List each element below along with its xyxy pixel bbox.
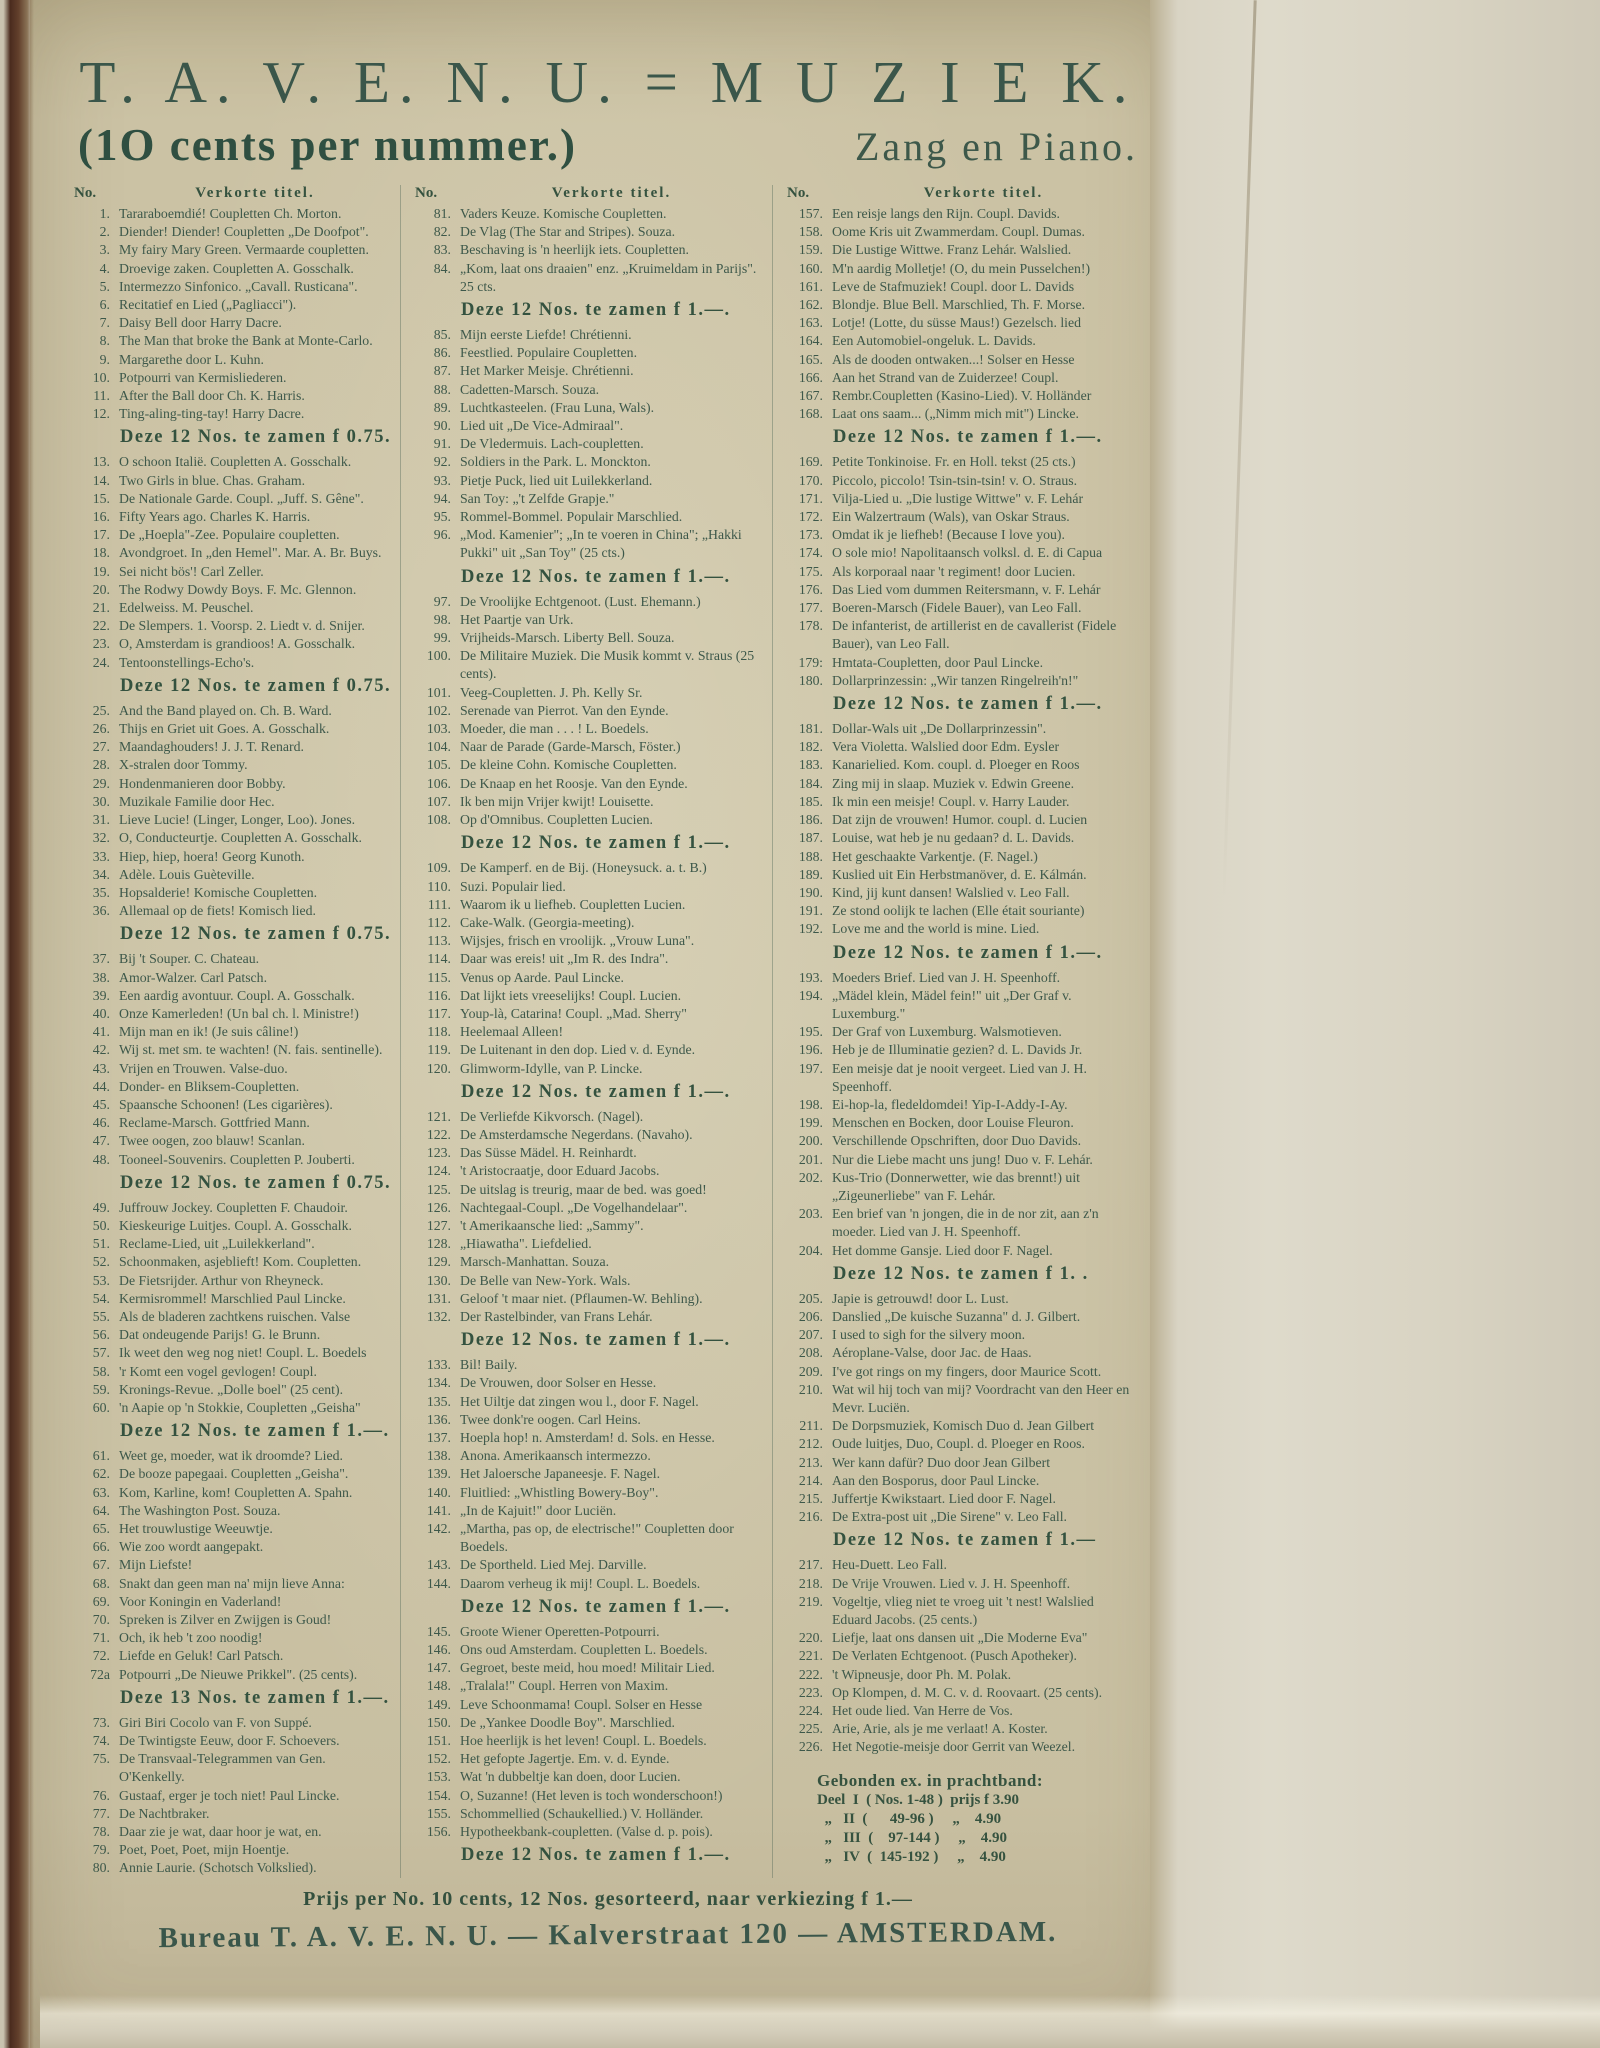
item-number: 157. [787,205,832,223]
item-number: 53. [74,1272,119,1290]
item-title: Nachtegaal-Coupl. „De Vogelhandelaar". [460,1199,764,1217]
item-number: 60. [74,1399,119,1417]
item-title: Sei nicht bös'! Carl Zeller. [119,563,392,581]
catalog-item: 49.Juffrouw Jockey. Coupletten F. Chaudo… [74,1199,392,1217]
item-number: 118. [415,1023,460,1041]
item-title: Adèle. Louis Guèteville. [119,866,392,884]
item-number: 144. [415,1575,460,1593]
catalog-item: 31.Lieve Lucie! (Linger, Longer, Loo). J… [74,811,392,829]
item-title: Vrijheids-Marsch. Liberty Bell. Souza. [460,629,764,647]
catalog-item: 74.De Twintigste Eeuw, door F. Schoevers… [74,1732,392,1750]
group-price-line: Deze 12 Nos. te zamen f 1.—. [461,300,764,321]
catalog-item: 133.Bil! Baily. [415,1356,764,1374]
item-number: 117. [415,1005,460,1023]
item-title: Moeders Brief. Lied van J. H. Speenhoff. [832,969,1136,987]
item-number: 86. [415,344,460,362]
item-title: Blondje. Blue Bell. Marschlied, Th. F. M… [832,296,1136,314]
column-header: No.Verkorte titel. [415,185,764,202]
item-number: 226. [787,1738,832,1756]
group-price-line: Deze 12 Nos. te zamen f 1.—. [833,943,1136,964]
catalog-item: 25.And the Band played on. Ch. B. Ward. [74,702,392,720]
catalog-item: 190.Kind, jij kunt dansen! Walslied v. L… [787,884,1136,902]
item-number: 24. [74,654,119,672]
item-title: Margarethe door L. Kuhn. [119,351,392,369]
item-title: De Vroolijke Echtgenoot. (Lust. Ehemann.… [460,593,764,611]
catalog-item: 56.Dat ondeugende Parijs! G. le Brunn. [74,1326,392,1344]
catalog-item: 82.De Vlag (The Star and Stripes). Souza… [415,223,764,241]
catalog-item: 40.Onze Kamerleden! (Un bal ch. l. Minis… [74,1005,392,1023]
item-number: 120. [415,1060,460,1078]
item-title: Hopsalderie! Komische Coupletten. [119,884,392,902]
catalog-item: 137.Hoepla hop! n. Amsterdam! d. Sols. e… [415,1429,764,1447]
catalog-item: 39.Een aardig avontuur. Coupl. A. Gossch… [74,987,392,1005]
item-title: Reclame-Lied, uit „Luilekkerland". [119,1235,392,1253]
catalog-item: 139.Het Jaloersche Japaneesje. F. Nagel. [415,1465,764,1483]
catalog-item: 191.Ze stond oolijk te lachen (Elle étai… [787,902,1136,920]
item-number: 130. [415,1272,460,1290]
catalog-item: 71.Och, ik heb 't zoo noodig! [74,1629,392,1647]
item-title: After the Ball door Ch. K. Harris. [119,387,392,405]
catalog-item: 93.Pietje Puck, lied uit Luilekkerland. [415,472,764,490]
item-title: Het oude lied. Van Herre de Vos. [832,1702,1136,1720]
group-price-line: Deze 12 Nos. te zamen f 1.—. [461,833,764,854]
catalog-item: 169.Petite Tonkinoise. Fr. en Holl. teks… [787,453,1136,471]
item-title: Gustaaf, erger je toch niet! Paul Lincke… [119,1787,392,1805]
item-number: 133. [415,1356,460,1374]
item-title: De Dorpsmuziek, Komisch Duo d. Jean Gilb… [832,1417,1136,1435]
item-number: 159. [787,241,832,259]
item-number: 21. [74,599,119,617]
item-title: Naar de Parade (Garde-Marsch, Föster.) [460,738,764,756]
catalog-item: 151.Hoe heerlijk is het leven! Coupl. L.… [415,1732,764,1750]
item-title: Verschillende Opschriften, door Duo Davi… [832,1132,1136,1150]
item-number: 42. [74,1041,119,1059]
item-number: 89. [415,399,460,417]
item-title: Voor Koningin en Vaderland! [119,1593,392,1611]
item-title: Hmtata-Coupletten, door Paul Lincke. [832,654,1136,672]
catalog-item: 67.Mijn Liefste! [74,1556,392,1574]
item-title: O schoon Italië. Coupletten A. Gosschalk… [119,453,392,471]
catalog-item: 154.O, Suzanne! (Het leven is toch wonde… [415,1787,764,1805]
catalog-item: 146.Ons oud Amsterdam. Coupletten L. Boe… [415,1641,764,1659]
item-number: 223. [787,1684,832,1702]
item-number: 102. [415,702,460,720]
item-number: 105. [415,756,460,774]
catalog-item: 136.Twee donk're oogen. Carl Heins. [415,1411,764,1429]
catalog-item: 223.Op Klompen, d. M. C. v. d. Roovaart.… [787,1684,1136,1702]
catalog-item: 202.Kus-Trio (Donnerwetter, wie das bren… [787,1169,1136,1205]
item-number: 213. [787,1454,832,1472]
catalog-item: 20.The Rodwy Dowdy Boys. F. Mc. Glennon. [74,581,392,599]
item-number: 175. [787,563,832,581]
item-number: 195. [787,1023,832,1041]
catalog-item: 134.De Vrouwen, door Solser en Hesse. [415,1374,764,1392]
catalog-item: 65.Het trouwlustige Weeuwtje. [74,1520,392,1538]
item-number: 9. [74,351,119,369]
item-number: 150. [415,1714,460,1732]
catalog-item: 187.Louise, wat heb je nu gedaan? d. L. … [787,829,1136,847]
catalog-item: 220.Liefje, laat ons dansen uit „Die Mod… [787,1629,1136,1647]
item-number: 170. [787,472,832,490]
item-number: 108. [415,811,460,829]
item-number: 30. [74,793,119,811]
item-title: Kom, Karline, kom! Coupletten A. Spahn. [119,1484,392,1502]
item-number: 107. [415,793,460,811]
item-number: 194. [787,987,832,1023]
item-number: 15. [74,490,119,508]
item-number: 155. [415,1805,460,1823]
item-title: Fluitlied: „Whistling Bowery-Boy". [460,1484,764,1502]
item-title: 't Wipneusje, door Ph. M. Polak. [832,1666,1136,1684]
catalog-item: 79.Poet, Poet, Poet, mijn Hoentje. [74,1841,392,1859]
item-number: 12. [74,405,119,423]
item-number: 106. [415,775,460,793]
item-title: De „Yankee Doodle Boy". Marschlied. [460,1714,764,1732]
item-title: Onze Kamerleden! (Un bal ch. l. Ministre… [119,1005,392,1023]
item-title: O, Suzanne! (Het leven is toch wondersch… [460,1787,764,1805]
item-number: 172. [787,508,832,526]
catalog-item: 125.De uitslag is treurig, maar de bed. … [415,1181,764,1199]
group-price-line: Deze 12 Nos. te zamen f 1.—. [461,1597,764,1618]
format-subtitle: Zang en Piano. [855,123,1138,170]
item-title: Menschen en Bocken, door Louise Fleuron. [832,1114,1136,1132]
item-title: De Verlaten Echtgenoot. (Pusch Apotheker… [832,1647,1136,1665]
item-number: 36. [74,902,119,920]
item-title: De Twintigste Eeuw, door F. Schoevers. [119,1732,392,1750]
item-title: Aan den Bosporus, door Paul Lincke. [832,1472,1136,1490]
item-title: Spreken is Zilver en Zwijgen is Goud! [119,1611,392,1629]
item-number: 142. [415,1520,460,1556]
catalog-columns: No.Verkorte titel.1.Tararaboemdié! Coupl… [72,185,1144,1878]
item-number: 212. [787,1435,832,1453]
item-number: 81. [415,205,460,223]
column-header: No.Verkorte titel. [74,185,392,202]
item-title: Piccolo, piccolo! Tsin-tsin-tsin! v. O. … [832,472,1136,490]
item-title: Het gefopte Jagertje. Em. v. d. Eynde. [460,1750,764,1768]
catalog-item: 60.'n Aapie op 'n Stokkie, Coupletten „G… [74,1399,392,1417]
item-number: 134. [415,1374,460,1392]
item-title: Wat wil hij toch van mij? Voordracht van… [832,1381,1136,1417]
catalog-item: 120.Glimworm-Idylle, van P. Lincke. [415,1060,764,1078]
catalog-item: 213.Wer kann dafür? Duo door Jean Gilber… [787,1454,1136,1472]
item-number: 132. [415,1308,460,1326]
item-number: 45. [74,1096,119,1114]
item-number: 196. [787,1041,832,1059]
item-title: Ik min een meisje! Coupl. v. Harry Laude… [832,793,1136,811]
item-title: Lieve Lucie! (Linger, Longer, Loo). Jone… [119,811,392,829]
item-number: 56. [74,1326,119,1344]
binding-edge [0,0,34,2048]
catalog-item: 87.Het Marker Meisje. Chrétienni. [415,362,764,380]
item-title: „Mod. Kamenier"; „In te voeren in China"… [460,526,764,562]
item-number: 139. [415,1465,460,1483]
catalog-item: 112.Cake-Walk. (Georgia-meeting). [415,914,764,932]
item-number: 164. [787,332,832,350]
item-number: 109. [415,859,460,877]
catalog-item: 124.'t Aristocraatje, door Eduard Jacobs… [415,1162,764,1180]
item-number: 76. [74,1787,119,1805]
item-number: 162. [787,296,832,314]
item-title: Donder- en Bliksem-Coupletten. [119,1078,392,1096]
item-title: Two Girls in blue. Chas. Graham. [119,472,392,490]
title-column-label: Verkorte titel. [118,185,392,202]
item-number: 188. [787,848,832,866]
item-title: Een aardig avontuur. Coupl. A. Gosschalk… [119,987,392,1005]
catalog-item: 123.Das Süsse Mädel. H. Reinhardt. [415,1144,764,1162]
item-number: 22. [74,617,119,635]
item-number: 33. [74,848,119,866]
catalog-item: 3.My fairy Mary Green. Vermaarde couplet… [74,241,392,259]
item-title: Kuslied uit Ein Herbstmanöver, d. E. Kál… [832,866,1136,884]
catalog-item: 85.Mijn eerste Liefde! Chrétienni. [415,326,764,344]
item-title: Groote Wiener Operetten-Potpourri. [460,1623,764,1641]
item-number: 95. [415,508,460,526]
item-number: 99. [415,629,460,647]
catalog-item: 180.Dollarprinzessin: „Wir tanzen Ringel… [787,672,1136,690]
catalog-column-3: No.Verkorte titel.157.Een reisje langs d… [772,185,1144,1878]
item-title: Anona. Amerikaansch intermezzo. [460,1447,764,1465]
catalog-item: 45.Spaansche Schoonen! (Les cigarières). [74,1096,392,1114]
catalog-item: 48.Tooneel-Souvenirs. Coupletten P. Joub… [74,1151,392,1169]
catalog-item: 44.Donder- en Bliksem-Coupletten. [74,1078,392,1096]
catalog-item: 28.X-stralen door Tommy. [74,756,392,774]
page-stack-edge [40,1995,1600,2048]
item-title: Suzi. Populair lied. [460,878,764,896]
item-number: 28. [74,756,119,774]
item-title: Tararaboemdié! Coupletten Ch. Morton. [119,205,392,223]
catalog-item: 225.Arie, Arie, als je me verlaat! A. Ko… [787,1720,1136,1738]
catalog-item: 57.Ik weet den weg nog niet! Coupl. L. B… [74,1344,392,1362]
item-title: Amor-Walzer. Carl Patsch. [119,969,392,987]
item-number: 75. [74,1750,119,1786]
item-title: De Nachtbraker. [119,1805,392,1823]
catalog-item: 209.I've got rings on my fingers, door M… [787,1363,1136,1381]
item-number: 98. [415,611,460,629]
item-number: 127. [415,1217,460,1235]
item-title: „Mädel klein, Mädel fein!" uit „Der Graf… [832,987,1136,1023]
catalog-item: 156.Hypotheekbank-coupletten. (Valse d. … [415,1823,764,1841]
group-price-line: Deze 12 Nos. te zamen f 1.— [833,1530,1136,1551]
catalog-item: 17.De „Hoepla"-Zee. Populaire coupletten… [74,526,392,544]
item-title: Intermezzo Sinfonico. „Cavall. Rusticana… [119,278,392,296]
catalog-item: 130.De Belle van New-York. Wals. [415,1272,764,1290]
catalog-item: 16.Fifty Years ago. Charles K. Harris. [74,508,392,526]
item-title: De kleine Cohn. Komische Coupletten. [460,756,764,774]
catalog-item: 132.Der Rastelbinder, van Frans Lehár. [415,1308,764,1326]
catalog-item: 22.De Slempers. 1. Voorsp. 2. Liedt v. d… [74,617,392,635]
item-title: Boeren-Marsch (Fidele Bauer), van Leo Fa… [832,599,1136,617]
item-number: 173. [787,526,832,544]
catalog-item: 58.'r Komt een vogel gevlogen! Coupl. [74,1363,392,1381]
item-number: 126. [415,1199,460,1217]
item-number: 49. [74,1199,119,1217]
item-title: De Luitenant in den dop. Lied v. d. Eynd… [460,1041,764,1059]
item-number: 153. [415,1768,460,1786]
item-number: 181. [787,720,832,738]
item-title: Daisy Bell door Harry Dacre. [119,314,392,332]
catalog-item: 115.Venus op Aarde. Paul Lincke. [415,969,764,987]
catalog-item: 175.Als korporaal naar 't regiment! door… [787,563,1136,581]
bound-volume-row: „ III ( 97-144 ) „ 4.90 [817,1829,1136,1848]
catalog-item: 189.Kuslied uit Ein Herbstmanöver, d. E.… [787,866,1136,884]
item-title: 't Aristocraatje, door Eduard Jacobs. [460,1162,764,1180]
catalog-item: 162.Blondje. Blue Bell. Marschlied, Th. … [787,296,1136,314]
item-title: Spaansche Schoonen! (Les cigarières). [119,1096,392,1114]
item-title: Love me and the world is mine. Lied. [832,920,1136,938]
item-number: 128. [415,1235,460,1253]
item-number: 151. [415,1732,460,1750]
catalog-item: 138.Anona. Amerikaansch intermezzo. [415,1447,764,1465]
item-number: 66. [74,1538,119,1556]
catalog-item: 218.De Vrije Vrouwen. Lied v. J. H. Spee… [787,1575,1136,1593]
item-title: Een brief van 'n jongen, die in de nor z… [832,1205,1136,1241]
item-number: 72a [74,1666,119,1684]
catalog-item: 73.Giri Biri Cocolo van F. von Suppé. [74,1714,392,1732]
item-title: Giri Biri Cocolo van F. von Suppé. [119,1714,392,1732]
catalog-item: 224.Het oude lied. Van Herre de Vos. [787,1702,1136,1720]
item-number: 185. [787,793,832,811]
item-number: 96. [415,526,460,562]
catalog-item: 94.San Toy: „'t Zelfde Grapje." [415,490,764,508]
item-title: Een reisje langs den Rijn. Coupl. Davids… [832,205,1136,223]
item-title: De Vledermuis. Lach-coupletten. [460,435,764,453]
item-number: 23. [74,635,119,653]
item-number: 58. [74,1363,119,1381]
catalog-item: 193.Moeders Brief. Lied van J. H. Speenh… [787,969,1136,987]
catalog-item: 155.Schommellied (Schaukellied.) V. Holl… [415,1805,764,1823]
catalog-item: 43.Vrijen en Trouwen. Valse-duo. [74,1060,392,1078]
item-number: 51. [74,1235,119,1253]
item-number: 32. [74,829,119,847]
group-price-line: Deze 12 Nos. te zamen f 0.75. [120,1173,392,1194]
item-title: Ei-hop-la, fledeldomdei! Yip-I-Addy-I-Ay… [832,1096,1136,1114]
catalog-item: 1.Tararaboemdié! Coupletten Ch. Morton. [74,205,392,223]
catalog-item: 216.De Extra-post uit „Die Sirene" v. Le… [787,1508,1136,1526]
item-number: 20. [74,581,119,599]
item-title: De Transvaal-Telegrammen van Gen. O'Kenk… [119,1750,392,1786]
item-number: 70. [74,1611,119,1629]
item-number: 110. [415,878,460,896]
item-number: 31. [74,811,119,829]
item-number: 121. [415,1108,460,1126]
item-title: De infanterist, de artillerist en de cav… [832,617,1136,653]
item-number: 59. [74,1381,119,1399]
item-number: 202. [787,1169,832,1205]
item-title: Weet ge, moeder, wat ik droomde? Lied. [119,1447,392,1465]
item-title: De uitslag is treurig, maar de bed. was … [460,1181,764,1199]
catalog-item: 62.De booze papegaai. Coupletten „Geisha… [74,1465,392,1483]
item-number: 3. [74,241,119,259]
item-number: 80. [74,1859,119,1877]
item-title: Youp-là, Catarina! Coupl. „Mad. Sherry" [460,1005,764,1023]
item-number: 167. [787,387,832,405]
catalog-item: 111.Waarom ik u liefheb. Coupletten Luci… [415,896,764,914]
catalog-sheet: T. A. V. E. N. U. = M U Z I E K. (1O cen… [72,48,1144,1952]
item-title: Wie zoo wordt aangepakt. [119,1538,392,1556]
item-title: My fairy Mary Green. Vermaarde couplette… [119,241,392,259]
bound-volumes-block: Gebonden ex. in prachtband:Deel I ( Nos.… [817,1771,1136,1867]
catalog-item: 92.Soldiers in the Park. L. Monckton. [415,453,764,471]
item-number: 34. [74,866,119,884]
item-number: 90. [415,417,460,435]
item-number: 141. [415,1502,460,1520]
item-title: Laat ons saam... („Nimm mich mit") Linck… [832,405,1136,423]
item-number: 43. [74,1060,119,1078]
item-title: Das Süsse Mädel. H. Reinhardt. [460,1144,764,1162]
item-title: Marsch-Manhattan. Souza. [460,1253,764,1271]
item-number: 205. [787,1290,832,1308]
item-number: 88. [415,381,460,399]
item-title: Kronings-Revue. „Dolle boel" (25 cent). [119,1381,392,1399]
item-number: 2. [74,223,119,241]
item-number: 210. [787,1381,832,1417]
item-title: Recitatief en Lied („Pagliacci"). [119,296,392,314]
item-number: 148. [415,1677,460,1695]
catalog-item: 214.Aan den Bosporus, door Paul Lincke. [787,1472,1136,1490]
item-number: 186. [787,811,832,829]
item-title: M'n aardig Molletje! (O, du mein Pusselc… [832,260,1136,278]
catalog-item: 208.Aéroplane-Valse, door Jac. de Haas. [787,1344,1136,1362]
item-title: Danslied „De kuische Suzanna" d. J. Gilb… [832,1308,1136,1326]
catalog-item: 199.Menschen en Bocken, door Louise Fleu… [787,1114,1136,1132]
item-number: 57. [74,1344,119,1362]
catalog-item: 76.Gustaaf, erger je toch niet! Paul Lin… [74,1787,392,1805]
item-title: Zing mij in slaap. Muziek v. Edwin Green… [832,775,1136,793]
item-title: Het trouwlustige Weeuwtje. [119,1520,392,1538]
catalog-item: 30.Muzikale Familie door Hec. [74,793,392,811]
item-title: Arie, Arie, als je me verlaat! A. Koster… [832,1720,1136,1738]
item-title: Dat lijkt iets vreeselijks! Coupl. Lucie… [460,987,764,1005]
catalog-item: 100.De Militaire Muziek. Die Musik kommt… [415,647,764,683]
item-title: O, Amsterdam is grandioos! A. Gosschalk. [119,635,392,653]
item-title: Waarom ik u liefheb. Coupletten Lucien. [460,896,764,914]
catalog-item: 195.Der Graf von Luxemburg. Walsmotieven… [787,1023,1136,1041]
item-title: Diender! Diender! Coupletten „De Doofpot… [119,223,392,241]
item-title: San Toy: „'t Zelfde Grapje." [460,490,764,508]
catalog-item: 105.De kleine Cohn. Komische Coupletten. [415,756,764,774]
item-number: 169. [787,453,832,471]
item-title: Ein Walzertraum (Wals), van Oskar Straus… [832,508,1136,526]
item-number: 112. [415,914,460,932]
item-number: 187. [787,829,832,847]
catalog-item: 36.Allemaal op de fiets! Komisch lied. [74,902,392,920]
catalog-item: 170.Piccolo, piccolo! Tsin-tsin-tsin! v.… [787,472,1136,490]
item-title: Kanarielied. Kom. coupl. d. Ploeger en R… [832,756,1136,774]
item-number: 166. [787,369,832,387]
price-footer: Prijs per No. 10 cents, 12 Nos. gesortee… [72,1888,1144,1911]
catalog-item: 135.Het Uiltje dat zingen wou l., door F… [415,1393,764,1411]
item-title: Snakt dan geen man na' mijn lieve Anna: [119,1575,392,1593]
item-title: Maandaghouders! J. J. T. Renard. [119,738,392,756]
catalog-item: 8.The Man that broke the Bank at Monte-C… [74,332,392,350]
catalog-item: 118.Heelemaal Alleen! [415,1023,764,1041]
item-title: Bil! Baily. [460,1356,764,1374]
item-title: Droevige zaken. Coupletten A. Gosschalk. [119,260,392,278]
catalog-item: 4.Droevige zaken. Coupletten A. Gosschal… [74,260,392,278]
item-title: Liefde en Geluk! Carl Patsch. [119,1647,392,1665]
item-title: De Knaap en het Roosje. Van den Eynde. [460,775,764,793]
item-title: Edelweiss. M. Peuschel. [119,599,392,617]
item-title: De Vrouwen, door Solser en Hesse. [460,1374,764,1392]
item-number: 179: [787,654,832,672]
catalog-item: 6.Recitatief en Lied („Pagliacci"). [74,296,392,314]
catalog-item: 78.Daar zie je wat, daar hoor je wat, en… [74,1823,392,1841]
item-title: Das Lied vom dummen Reitersmann, v. F. L… [832,581,1136,599]
catalog-item: 27.Maandaghouders! J. J. T. Renard. [74,738,392,756]
item-number: 123. [415,1144,460,1162]
catalog-item: 149.Leve Schoonmama! Coupl. Solser en He… [415,1696,764,1714]
item-title: Het Uiltje dat zingen wou l., door F. Na… [460,1393,764,1411]
